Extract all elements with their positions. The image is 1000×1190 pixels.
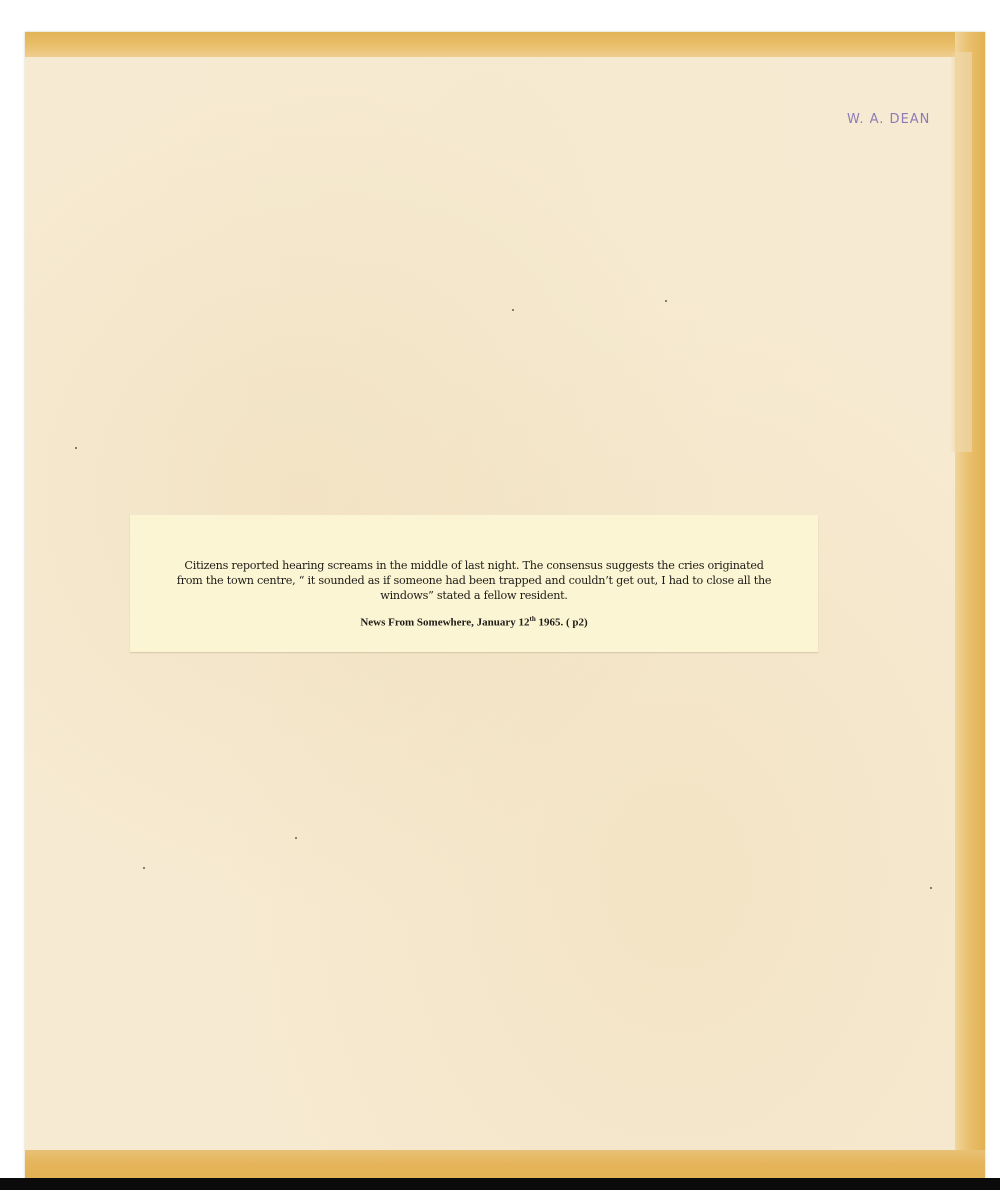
top-tape-strip: [25, 32, 955, 57]
speck: [665, 300, 667, 302]
right-tape-wear: [950, 52, 972, 452]
newspaper-clipping-label: Citizens reported hearing screams in the…: [130, 515, 818, 652]
citation-source: News From Somewhere, January 12: [360, 617, 529, 629]
speck: [512, 309, 514, 311]
clipping-text: Citizens reported hearing screams in the…: [130, 515, 818, 603]
owner-stamp: W. A. DEAN: [847, 112, 930, 127]
citation-year-page: 1965. ( p2): [536, 617, 588, 629]
bottom-tape-strip: [25, 1150, 985, 1178]
scan-bottom-edge: [0, 1178, 1000, 1190]
clipping-citation: News From Somewhere, January 12th 1965. …: [130, 615, 818, 629]
mounting-board: W. A. DEAN Citizens reported hearing scr…: [25, 32, 985, 1178]
speck: [143, 867, 145, 869]
speck: [930, 887, 932, 889]
speck: [75, 447, 77, 449]
paper-surface: W. A. DEAN Citizens reported hearing scr…: [25, 57, 955, 1150]
speck: [295, 837, 297, 839]
